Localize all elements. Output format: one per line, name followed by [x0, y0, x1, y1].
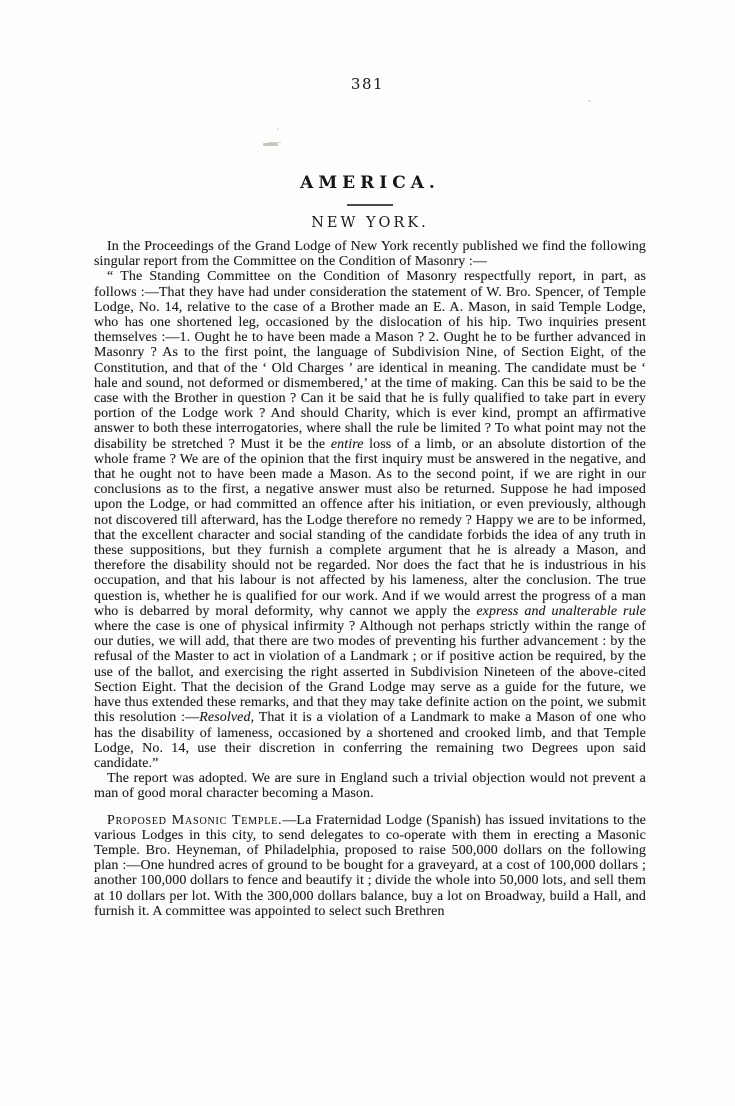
proposed-masonic-temple-paragraph: Proposed Masonic Temple.—La Fraternidad …	[94, 813, 646, 919]
text-segment-normal: loss of a limb, or an absolute distortio…	[94, 437, 646, 619]
page-content: AMERICA. NEW YORK. In the Proceedings of…	[94, 173, 646, 919]
section-heading: AMERICA.	[94, 173, 646, 193]
scanned-document-page: 381 AMERICA. NEW YORK. In the Proceeding…	[0, 0, 735, 1106]
scan-artifact	[263, 143, 278, 146]
subheading: NEW YORK.	[94, 215, 646, 231]
text-segment-normal: In the Proceedings of the Grand Lodge of…	[94, 239, 646, 269]
article-body: In the Proceedings of the Grand Lodge of…	[94, 239, 646, 919]
page-number: 381	[0, 75, 735, 93]
text-segment-italic: express and unalterable rule	[476, 604, 646, 619]
text-segment-italic: Resolved	[199, 710, 250, 725]
report-adopted-paragraph: The report was adopted. We are sure in E…	[94, 771, 646, 801]
intro-paragraph: In the Proceedings of the Grand Lodge of…	[94, 239, 646, 269]
committee-report-paragraph: “ The Standing Committee on the Conditio…	[94, 269, 646, 771]
scan-artifact	[588, 100, 591, 102]
heading-rule-divider	[347, 204, 393, 206]
text-segment-normal: —La Fraternidad Lodge (Spanish) has issu…	[94, 813, 646, 919]
text-segment-italic: entire	[331, 437, 364, 452]
text-segment-smallcaps: Proposed Masonic Temple.	[107, 813, 282, 828]
text-segment-normal: “ The Standing Committee on the Conditio…	[94, 269, 646, 451]
scan-artifact	[277, 128, 279, 130]
text-segment-normal: The report was adopted. We are sure in E…	[94, 771, 646, 801]
